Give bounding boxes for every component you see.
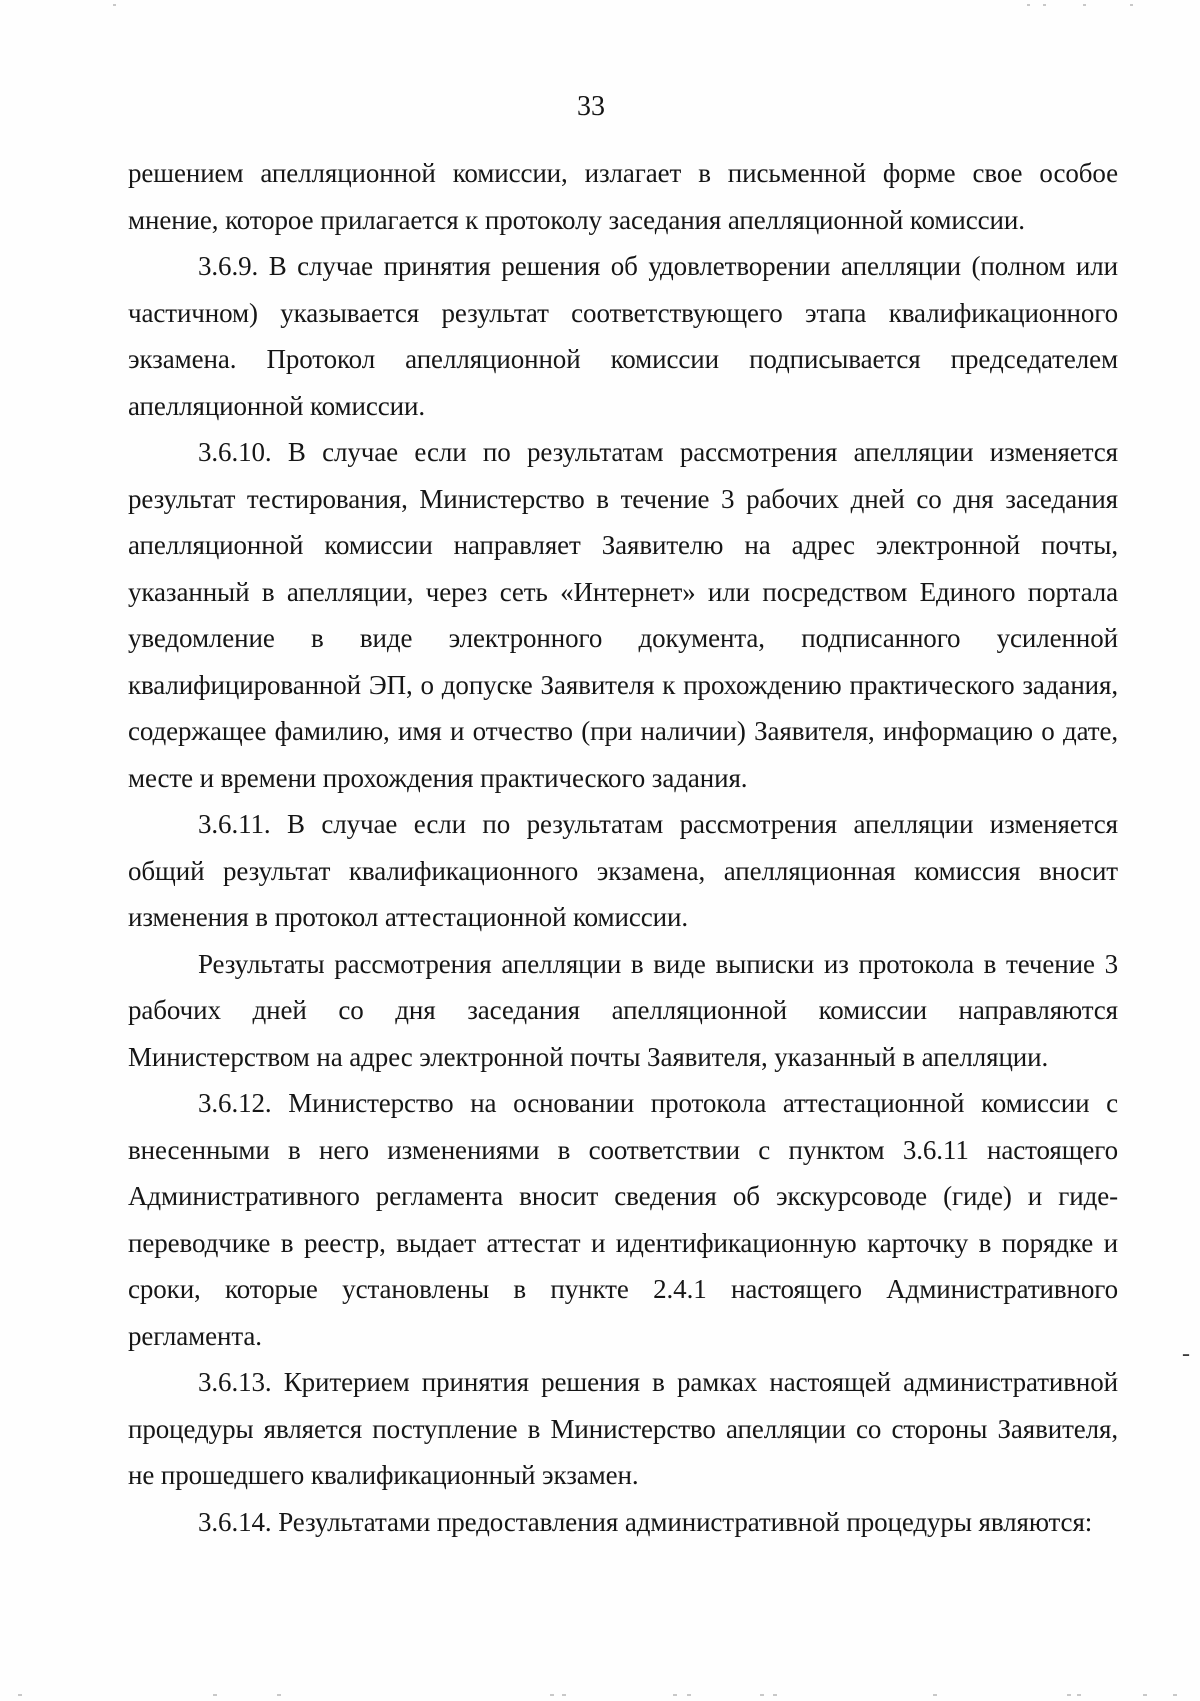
- scan-speck: [1143, 1694, 1147, 1696]
- text-line: 3.6.13. Критерием принятия решения в рам…: [128, 1359, 1118, 1406]
- scan-speck: [760, 1694, 764, 1696]
- text-line: рабочих дней со дня заседания апелляцион…: [128, 987, 1118, 1034]
- scan-speck: [213, 1694, 217, 1696]
- text-line: апелляционной комиссии.: [128, 383, 1118, 430]
- page-number: 33: [0, 90, 1182, 123]
- paragraph-clause-3-6-11: 3.6.11. В случае если по результатам рас…: [128, 801, 1118, 941]
- paragraph-clause-3-6-13: 3.6.13. Критерием принятия решения в рам…: [128, 1359, 1118, 1499]
- scan-speck: [1130, 4, 1133, 6]
- text-line: 3.6.10. В случае если по результатам рас…: [128, 429, 1118, 476]
- scan-speck: [687, 1694, 691, 1696]
- text-line: месте и времени прохождения практическог…: [128, 755, 1118, 802]
- text-line: сроки, которые установлены в пункте 2.4.…: [128, 1266, 1118, 1313]
- scan-dash-artifact: -: [1178, 1342, 1194, 1366]
- paragraph-continuation: решением апелляционной комиссии, излагае…: [128, 150, 1118, 243]
- scan-speck: [18, 1694, 22, 1696]
- text-line: результат тестирования, Министерство в т…: [128, 476, 1118, 523]
- text-line: 3.6.11. В случае если по результатам рас…: [128, 801, 1118, 848]
- text-line: решением апелляционной комиссии, излагае…: [128, 150, 1118, 197]
- text-line: Результаты рассмотрения апелляции в виде…: [128, 941, 1118, 988]
- scan-speck: [1043, 4, 1046, 6]
- scan-speck: [933, 1694, 937, 1696]
- scan-speck: [1083, 4, 1086, 6]
- text-line: 3.6.14. Результатами предоставления адми…: [128, 1499, 1118, 1546]
- text-line: изменения в протокол аттестационной коми…: [128, 894, 1118, 941]
- scan-speck: [550, 1694, 554, 1696]
- text-line: 3.6.9. В случае принятия решения об удов…: [128, 243, 1118, 290]
- text-line: общий результат квалификационного экзаме…: [128, 848, 1118, 895]
- text-line: мнение, которое прилагается к протоколу …: [128, 197, 1118, 244]
- text-line: апелляционной комиссии направляет Заявит…: [128, 522, 1118, 569]
- scan-speck: [113, 4, 116, 6]
- scan-speck: [1027, 4, 1030, 6]
- document-page: 33 решением апелляционной комиссии, изла…: [0, 0, 1200, 1701]
- paragraph-clause-3-6-12: 3.6.12. Министерство на основании проток…: [128, 1080, 1118, 1359]
- document-body: решением апелляционной комиссии, излагае…: [128, 150, 1118, 1545]
- paragraph-clause-3-6-9: 3.6.9. В случае принятия решения об удов…: [128, 243, 1118, 429]
- text-line: уведомление в виде электронного документ…: [128, 615, 1118, 662]
- scan-speck: [1067, 1694, 1071, 1696]
- text-line: регламента.: [128, 1313, 1118, 1360]
- scan-speck: [673, 1694, 677, 1696]
- scan-speck: [1173, 1694, 1177, 1696]
- text-line: частичном) указывается результат соответ…: [128, 290, 1118, 337]
- text-line: процедуры является поступление в Министе…: [128, 1406, 1118, 1453]
- text-line: 3.6.12. Министерство на основании проток…: [128, 1080, 1118, 1127]
- text-line: квалифицированной ЭП, о допуске Заявител…: [128, 662, 1118, 709]
- text-line: содержащее фамилию, имя и отчество (при …: [128, 708, 1118, 755]
- text-line: указанный в апелляции, через сеть «Интер…: [128, 569, 1118, 616]
- scan-speck: [1077, 1694, 1081, 1696]
- scan-speck: [773, 1694, 777, 1696]
- text-line: переводчике в реестр, выдает аттестат и …: [128, 1220, 1118, 1267]
- text-line: не прошедшего квалификационный экзамен.: [128, 1452, 1118, 1499]
- paragraph-results-of-appeal: Результаты рассмотрения апелляции в виде…: [128, 941, 1118, 1081]
- text-line: экзамена. Протокол апелляционной комисси…: [128, 336, 1118, 383]
- paragraph-clause-3-6-10: 3.6.10. В случае если по результатам рас…: [128, 429, 1118, 801]
- paragraph-clause-3-6-14: 3.6.14. Результатами предоставления адми…: [128, 1499, 1118, 1546]
- scan-speck: [277, 1694, 281, 1696]
- text-line: внесенными в него изменениями в соответс…: [128, 1127, 1118, 1174]
- text-line: Министерством на адрес электронной почты…: [128, 1034, 1118, 1081]
- scan-speck: [562, 1694, 566, 1696]
- text-line: Административного регламента вносит свед…: [128, 1173, 1118, 1220]
